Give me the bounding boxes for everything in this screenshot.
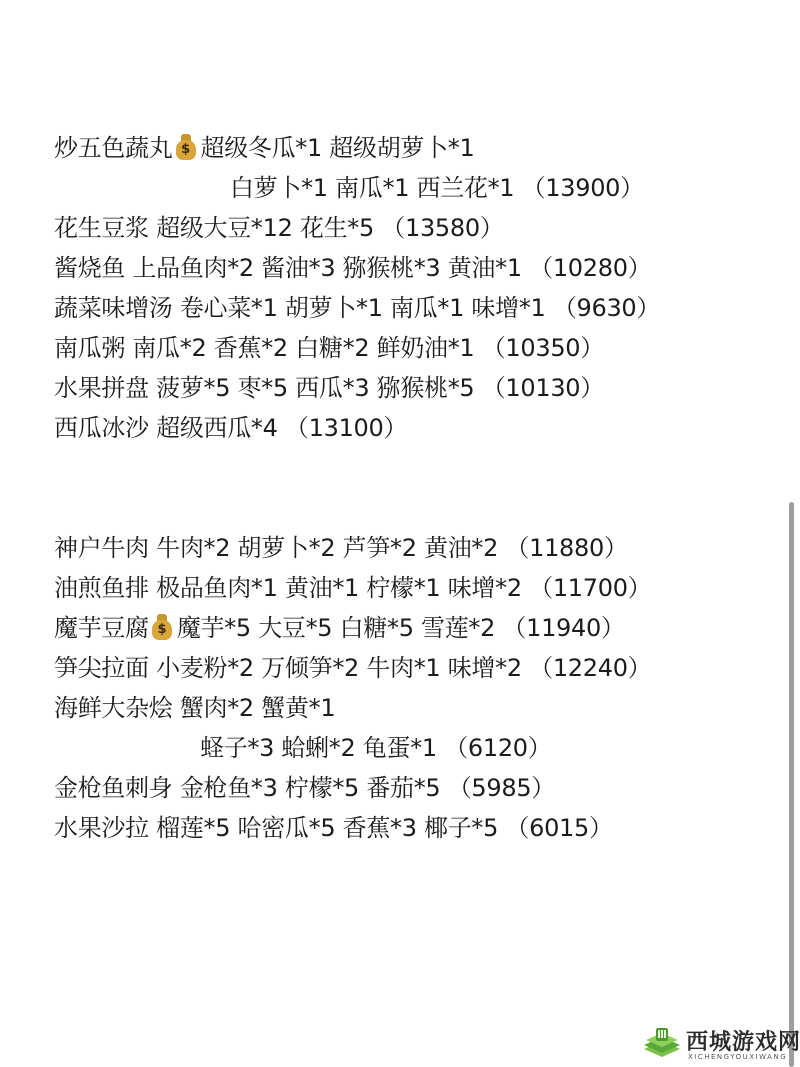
money-bag-icon: $ [151,614,173,640]
ingredients: 魔芋*5 大豆*5 白糖*5 雪莲*2 （11940） [177,614,625,642]
dish-name: 魔芋豆腐 [54,614,149,642]
recipe-line: 蔬菜味增汤 卷心菜*1 胡萝卜*1 南瓜*1 味增*1 （9630） [54,288,660,328]
recipe-line: 花生豆浆 超级大豆*12 花生*5 （13580） [54,208,504,248]
recipe-line: 酱烧鱼 上品鱼肉*2 酱油*3 猕猴桃*3 黄油*1 （10280） [54,248,651,288]
dish-name: 炒五色蔬丸 [54,134,173,162]
site-logo-icon [642,1027,682,1061]
recipe-line: 金枪鱼刺身 金枪鱼*3 柠檬*5 番茄*5 （5985） [54,768,555,808]
recipe-line-continuation: 白萝卜*1 南瓜*1 西兰花*1 （13900） [230,168,644,208]
watermark: 西城游戏网 XICHENGYOUXIWANG [640,1025,800,1065]
recipe-line-continuation: 蛏子*3 蛤蜊*2 龟蛋*1 （6120） [200,728,551,768]
watermark-subtitle: XICHENGYOUXIWANG [688,1053,787,1061]
recipe-line: 水果沙拉 榴莲*5 哈密瓜*5 香蕉*3 椰子*5 （6015） [54,808,613,848]
watermark-title: 西城游戏网 [686,1025,800,1056]
recipe-line: 炒五色蔬丸$超级冬瓜*1 超级胡萝卜*1 [54,128,474,168]
recipe-line: 水果拼盘 菠萝*5 枣*5 西瓜*3 猕猴桃*5 （10130） [54,368,604,408]
scrollbar[interactable] [789,502,794,1067]
recipe-line: 海鲜大杂烩 蟹肉*2 蟹黄*1 [54,688,335,728]
recipe-line: 魔芋豆腐$魔芋*5 大豆*5 白糖*5 雪莲*2 （11940） [54,608,625,648]
recipe-line: 笋尖拉面 小麦粉*2 万倾笋*2 牛肉*1 味增*2 （12240） [54,648,651,688]
recipe-line: 油煎鱼排 极品鱼肉*1 黄油*1 柠檬*1 味增*2 （11700） [54,568,651,608]
recipe-line: 西瓜冰沙 超级西瓜*4 （13100） [54,408,407,448]
ingredients: 超级冬瓜*1 超级胡萝卜*1 [201,134,475,162]
recipe-line: 神户牛肉 牛肉*2 胡萝卜*2 芦笋*2 黄油*2 （11880） [54,528,628,568]
money-bag-icon: $ [175,134,197,160]
recipe-line: 南瓜粥 南瓜*2 香蕉*2 白糖*2 鲜奶油*1 （10350） [54,328,604,368]
